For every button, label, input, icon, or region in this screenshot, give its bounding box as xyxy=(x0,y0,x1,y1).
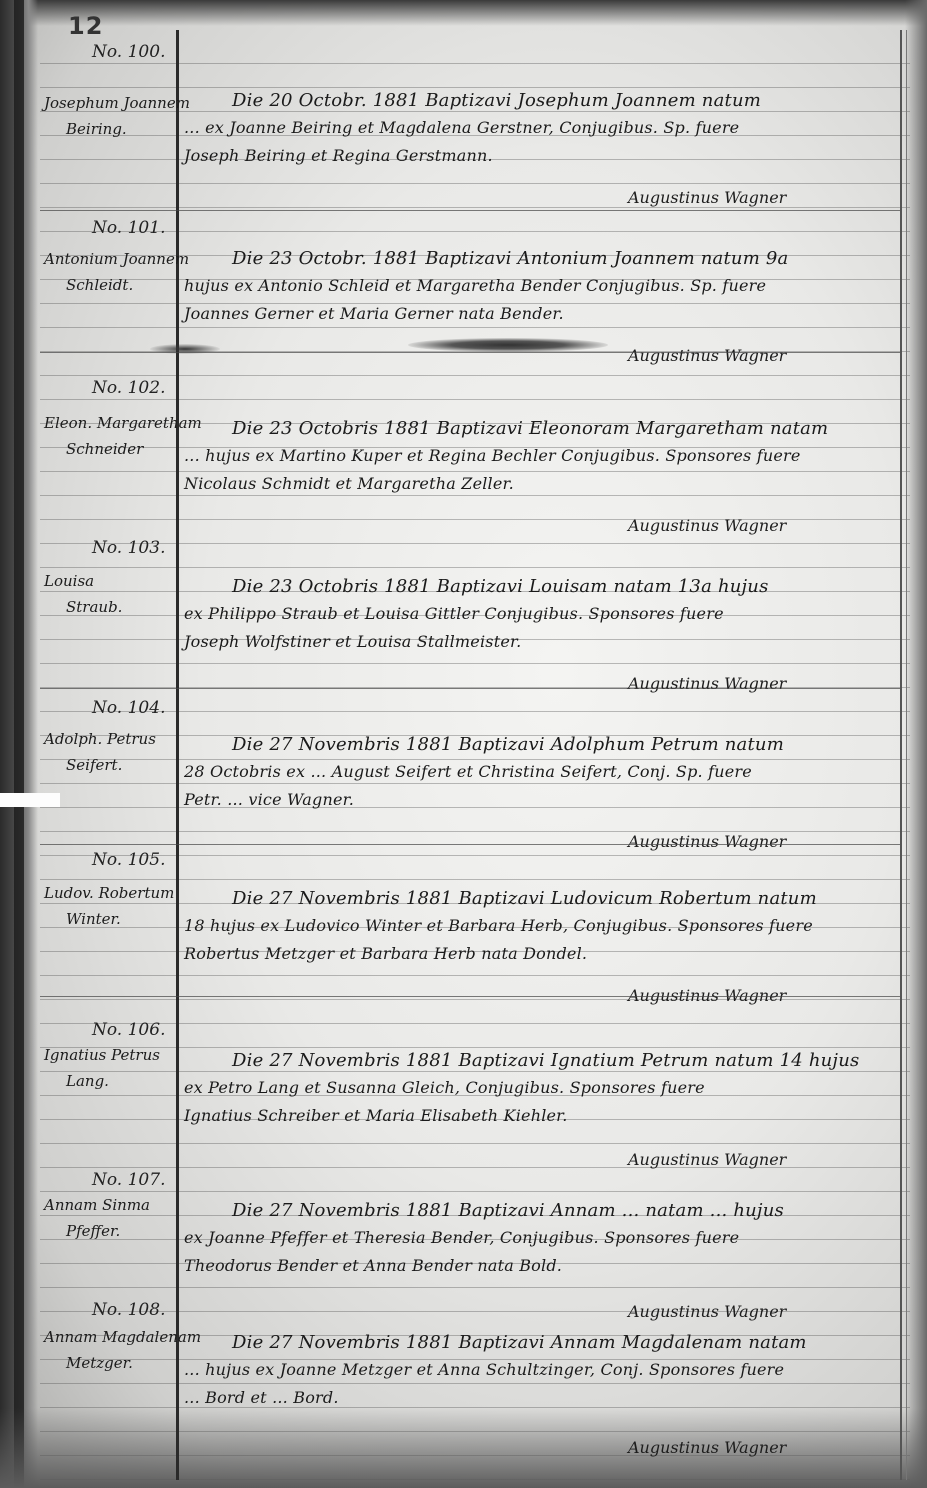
entry-separator xyxy=(40,996,900,997)
entry-number: No. 105. xyxy=(92,850,165,870)
child-name: Josephum Joannem xyxy=(44,94,190,112)
child-name: Ignatius Petrus xyxy=(44,1046,160,1064)
child-surname: Seifert. xyxy=(66,756,122,774)
entry-number: No. 102. xyxy=(92,378,165,398)
child-surname: Schneider xyxy=(66,440,143,458)
entry-text-line-3: Joseph Wolfstiner et Louisa Stallmeister… xyxy=(184,632,521,651)
child-surname: Schleidt. xyxy=(66,276,133,294)
entry-text-line-2: ... hujus ex Martino Kuper et Regina Bec… xyxy=(184,446,801,465)
entry-number: No. 104. xyxy=(92,698,165,718)
entry-separator xyxy=(40,688,900,689)
scan-edge-bottom xyxy=(0,1408,927,1488)
entry-text-line-2: ... ex Joanne Beiring et Magdalena Gerst… xyxy=(184,118,739,137)
child-surname: Metzger. xyxy=(66,1354,133,1372)
page-number: 12 xyxy=(68,12,103,40)
priest-signature: Augustinus Wagner xyxy=(628,1302,786,1321)
page-tear xyxy=(0,793,60,807)
entry-text-line-1: Die 20 Octobr. 1881 Baptizavi Josephum J… xyxy=(232,90,761,111)
child-surname: Lang. xyxy=(66,1072,109,1090)
child-surname: Pfeffer. xyxy=(66,1222,120,1240)
right-margin-line xyxy=(900,30,902,1480)
priest-signature: Augustinus Wagner xyxy=(628,674,786,693)
name-column-divider xyxy=(176,30,179,1480)
entry-text-line-3: Nicolaus Schmidt et Margaretha Zeller. xyxy=(184,474,514,493)
priest-signature: Augustinus Wagner xyxy=(628,1150,786,1169)
entry-text-line-1: Die 27 Novembris 1881 Baptizavi Ignatium… xyxy=(232,1050,859,1071)
entry-text-line-2: ex Petro Lang et Susanna Gleich, Conjugi… xyxy=(184,1078,705,1097)
entry-text-line-2: 18 hujus ex Ludovico Winter et Barbara H… xyxy=(184,916,813,935)
entry-text-line-3: Robertus Metzger et Barbara Herb nata Do… xyxy=(184,944,587,963)
entry-separator xyxy=(40,352,900,353)
entry-text-line-2: 28 Octobris ex ... August Seifert et Chr… xyxy=(184,762,752,781)
priest-signature: Augustinus Wagner xyxy=(628,188,786,207)
priest-signature: Augustinus Wagner xyxy=(628,516,786,535)
entry-separator xyxy=(40,844,900,845)
entry-text-line-2: hujus ex Antonio Schleid et Margaretha B… xyxy=(184,276,766,295)
child-name: Adolph. Petrus xyxy=(44,730,156,748)
entry-text-line-3: ... Bord et ... Bord. xyxy=(184,1388,339,1407)
entry-text-line-1: Die 23 Octobris 1881 Baptizavi Eleonoram… xyxy=(232,418,828,439)
scan-edge-top xyxy=(0,0,927,26)
child-surname: Winter. xyxy=(66,910,121,928)
entry-text-line-1: Die 27 Novembris 1881 Baptizavi Annam Ma… xyxy=(232,1332,807,1353)
entry-text-line-2: ex Joanne Pfeffer et Theresia Bender, Co… xyxy=(184,1228,739,1247)
entry-number: No. 103. xyxy=(92,538,165,558)
child-surname: Straub. xyxy=(66,598,122,616)
entry-text-line-1: Die 27 Novembris 1881 Baptizavi Adolphum… xyxy=(232,734,784,755)
entry-number: No. 107. xyxy=(92,1170,165,1190)
entry-text-line-1: Die 23 Octobr. 1881 Baptizavi Antonium J… xyxy=(232,248,788,269)
entry-number: No. 100. xyxy=(92,42,165,62)
right-margin-line-2 xyxy=(906,30,907,1480)
entry-text-line-3: Theodorus Bender et Anna Bender nata Bol… xyxy=(184,1256,562,1275)
entry-text-line-3: Petr. ... vice Wagner. xyxy=(184,790,354,809)
entry-text-line-3: Joannes Gerner et Maria Gerner nata Bend… xyxy=(184,304,564,323)
priest-signature: Augustinus Wagner xyxy=(628,346,786,365)
scan-edge-right xyxy=(905,0,927,1488)
entry-separator xyxy=(40,210,900,211)
child-name: Annam Sinma xyxy=(44,1196,150,1214)
child-name: Eleon. Margaretham xyxy=(44,414,202,432)
entry-number: No. 108. xyxy=(92,1300,165,1320)
entry-text-line-1: Die 23 Octobris 1881 Baptizavi Louisam n… xyxy=(232,576,769,597)
entry-text-line-3: Joseph Beiring et Regina Gerstmann. xyxy=(184,146,493,165)
entry-text-line-2: ex Philippo Straub et Louisa Gittler Con… xyxy=(184,604,724,623)
entry-text-line-1: Die 27 Novembris 1881 Baptizavi Ludovicu… xyxy=(232,888,817,909)
binding-shadow xyxy=(14,0,24,1488)
entry-number: No. 106. xyxy=(92,1020,165,1040)
ink-smudge xyxy=(408,338,608,352)
entry-text-line-3: Ignatius Schreiber et Maria Elisabeth Ki… xyxy=(184,1106,568,1125)
register-page: 12 No. 100. Josephum Joannem Beiring. Di… xyxy=(0,0,927,1488)
priest-signature: Augustinus Wagner xyxy=(628,832,786,851)
child-name: Annam Magdalenam xyxy=(44,1328,201,1346)
entry-number: No. 101. xyxy=(92,218,165,238)
child-name: Ludov. Robertum xyxy=(44,884,174,902)
priest-signature: Augustinus Wagner xyxy=(628,1438,786,1457)
entry-text-line-2: ... hujus ex Joanne Metzger et Anna Schu… xyxy=(184,1360,784,1379)
child-surname: Beiring. xyxy=(66,120,127,138)
entry-text-line-1: Die 27 Novembris 1881 Baptizavi Annam ..… xyxy=(232,1200,784,1221)
child-name: Louisa xyxy=(44,572,94,590)
child-name: Antonium Joannem xyxy=(44,250,189,268)
